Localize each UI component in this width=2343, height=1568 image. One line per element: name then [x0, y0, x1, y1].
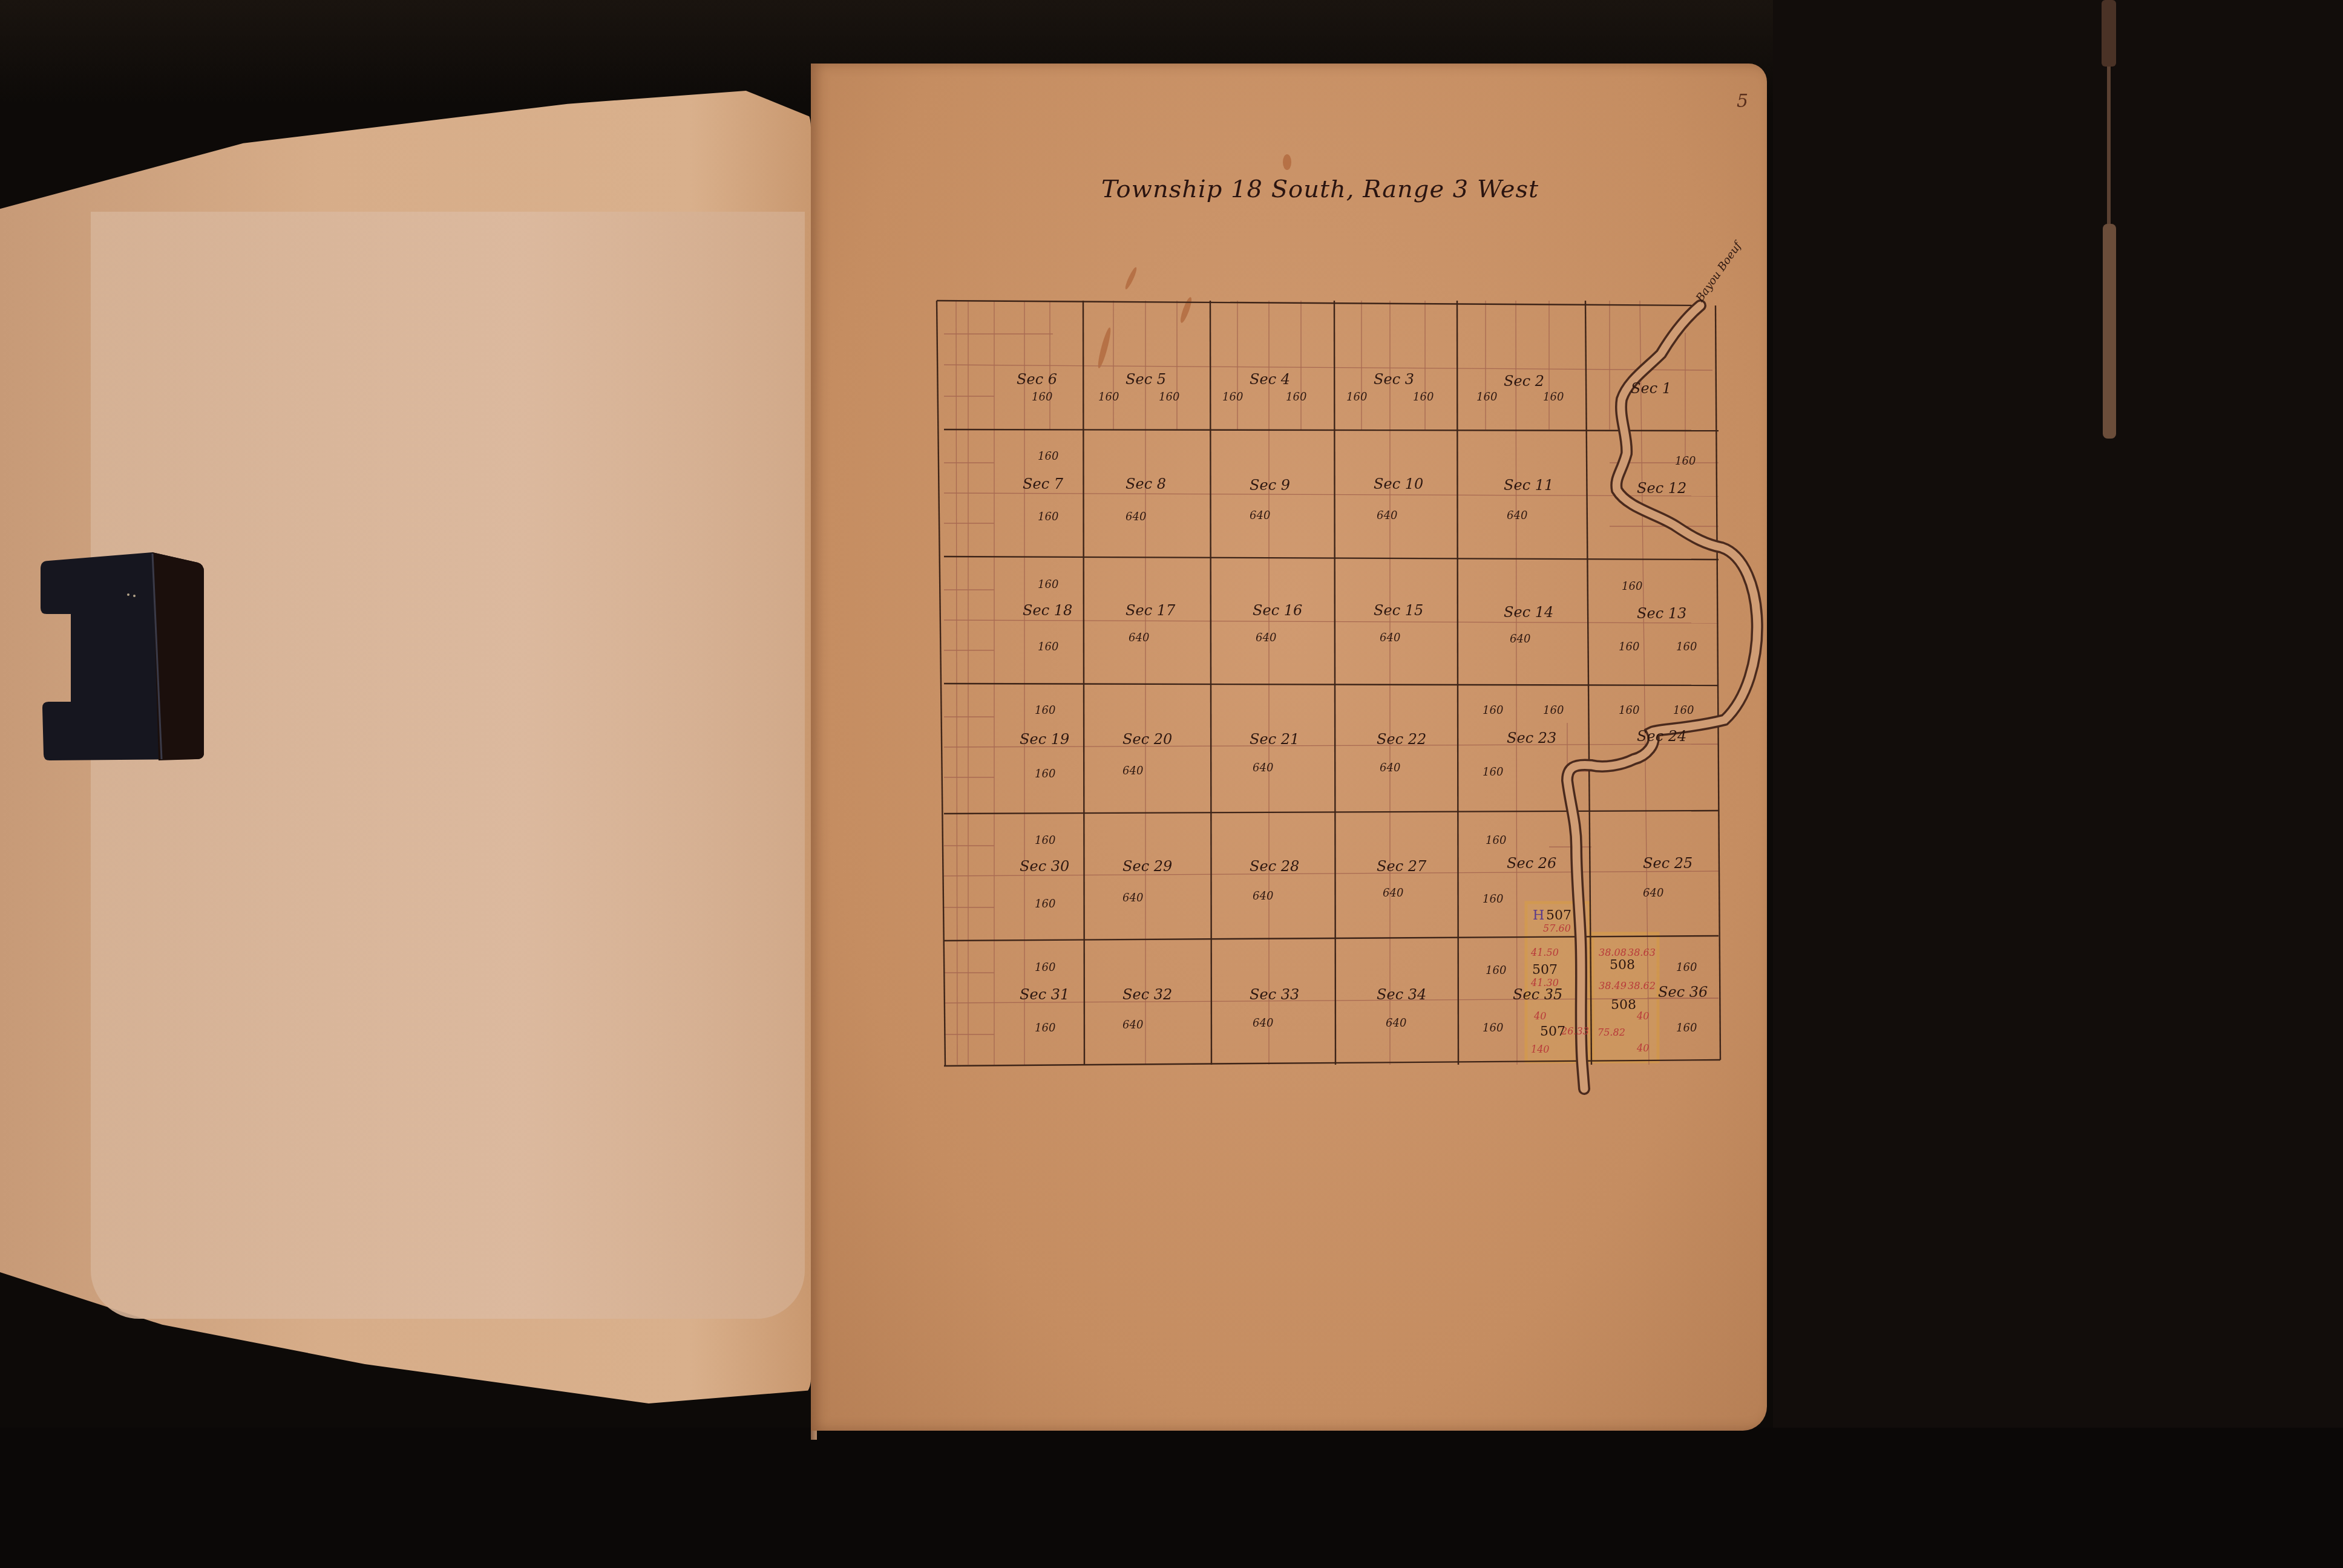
- section-label: Sec 7: [1023, 475, 1064, 492]
- acre-label: 160: [1032, 391, 1052, 403]
- background-right: [1773, 0, 2343, 1568]
- annotation-text: 508: [1610, 958, 1635, 973]
- section-label: Sec 35: [1513, 986, 1562, 1003]
- acre-label: 160: [1483, 766, 1503, 779]
- section-label: Sec 8: [1126, 475, 1166, 492]
- section-label: Sec 32: [1122, 986, 1172, 1003]
- section-label: Sec 6: [1017, 371, 1057, 388]
- acre-label: 160: [1413, 391, 1434, 403]
- acre-label: 640: [1122, 765, 1143, 777]
- book-weight-icon[interactable]: [38, 547, 204, 762]
- acre-label: 160: [1676, 961, 1697, 974]
- row-3: 160 Sec 18 160 Sec 17 640 Sec 16 640 Sec…: [1023, 578, 1697, 653]
- acre-label: 640: [1253, 762, 1273, 774]
- acre-label: 160: [1038, 450, 1058, 463]
- acre-label: 160: [1486, 964, 1506, 977]
- acre-label: 640: [1510, 633, 1530, 645]
- section-label: Sec 31: [1020, 986, 1069, 1003]
- section-label: Sec 15: [1374, 602, 1423, 619]
- acre-label: 160: [1038, 641, 1058, 653]
- annotation-text: 41.50: [1530, 947, 1559, 958]
- acre-label: 160: [1286, 391, 1306, 403]
- section-label: Sec 3: [1374, 371, 1414, 388]
- annotation-text: 38.49: [1599, 980, 1627, 991]
- acre-label: 640: [1122, 1019, 1143, 1031]
- annotation-text: 40: [1533, 1010, 1546, 1022]
- section-label: Sec 25: [1643, 855, 1693, 872]
- acre-label: 160: [1346, 391, 1367, 403]
- section-label: Sec 5: [1126, 371, 1166, 388]
- acre-label: 640: [1253, 890, 1273, 903]
- section-label: Sec 1: [1631, 380, 1671, 397]
- annotation-text: 140: [1531, 1044, 1550, 1055]
- annotation-text: 40: [1636, 1042, 1649, 1054]
- acre-label: 160: [1035, 961, 1055, 974]
- annotation-text: 38.08: [1599, 947, 1627, 958]
- acre-label: 640: [1122, 892, 1143, 904]
- annotation-text: 41.30: [1530, 977, 1559, 988]
- section-label: Sec 29: [1122, 858, 1172, 875]
- section-label: Sec 18: [1023, 602, 1072, 619]
- annotation-text: 507: [1546, 908, 1571, 923]
- acre-label: 160: [1673, 704, 1694, 717]
- section-label: Sec 33: [1250, 986, 1299, 1003]
- acre-label: 640: [1383, 887, 1403, 900]
- acre-label: 640: [1129, 632, 1149, 644]
- section-label: Sec 19: [1020, 731, 1069, 748]
- section-label: Sec 27: [1377, 858, 1427, 875]
- section-label: Sec 2: [1504, 373, 1544, 390]
- section-label: Sec 11: [1504, 477, 1553, 494]
- row-2: 160 Sec 7 160 Sec 8 640 Sec 9 640 Sec 10…: [1023, 450, 1696, 523]
- acre-label: 160: [1486, 834, 1506, 847]
- annotation-text: 38.63: [1628, 947, 1656, 958]
- acre-label: 640: [1126, 511, 1146, 523]
- acre-label: 160: [1622, 580, 1642, 593]
- acre-label: 160: [1619, 641, 1639, 653]
- annotation-text: 57.60: [1543, 923, 1571, 934]
- section-label: Sec 34: [1377, 986, 1426, 1003]
- section-label: Sec 10: [1374, 475, 1423, 492]
- annotation-text: 508: [1611, 998, 1636, 1013]
- acre-label: 160: [1483, 704, 1503, 717]
- acre-label: 640: [1386, 1017, 1406, 1030]
- acre-label: 640: [1380, 632, 1400, 644]
- spatula-tool-icon[interactable]: [2097, 0, 2121, 442]
- map-title: Township 18 South, Range 3 West: [1101, 175, 1539, 203]
- annotation-text: 40: [1636, 1010, 1649, 1022]
- section-label: Sec 26: [1507, 855, 1556, 872]
- township-plat-map: Bayou Boeuf Sec 6 160 Sec 5 160 160 Sec …: [920, 254, 1803, 1113]
- tissue-interleaf-sheet: [91, 212, 805, 1319]
- section-label: Sec 23: [1507, 730, 1556, 746]
- background-bottom: [0, 1428, 2343, 1568]
- section-label: Sec 16: [1253, 602, 1302, 619]
- acre-label: 160: [1035, 834, 1055, 847]
- annotation-text: 507: [1540, 1024, 1565, 1039]
- section-label: Sec 22: [1377, 731, 1426, 748]
- acre-label: 640: [1253, 1017, 1273, 1030]
- acre-label: 160: [1543, 391, 1564, 403]
- acre-label: 160: [1543, 704, 1564, 717]
- acre-label: 160: [1676, 641, 1697, 653]
- section-label: Sec 12: [1637, 480, 1686, 497]
- section-label: Sec 13: [1637, 605, 1686, 622]
- acre-label: 640: [1377, 509, 1397, 522]
- annotation-text: 507: [1532, 962, 1558, 978]
- acre-label: 640: [1507, 509, 1527, 522]
- section-label: Sec 21: [1250, 731, 1299, 748]
- acre-label: 160: [1038, 578, 1058, 591]
- acre-label: 160: [1476, 391, 1497, 403]
- acre-label: 160: [1676, 1022, 1697, 1034]
- section-label: Sec 9: [1250, 477, 1290, 494]
- row-1: Sec 6 160 Sec 5 160 160 Sec 4 160 160 Se…: [1017, 371, 1671, 403]
- acre-label: 640: [1380, 762, 1400, 774]
- acre-label: 160: [1619, 704, 1639, 717]
- acre-label: 160: [1038, 511, 1058, 523]
- acre-label: 160: [1675, 455, 1696, 468]
- annotation-text: H: [1533, 908, 1544, 923]
- page-number: 5: [1737, 91, 1748, 112]
- section-label: Sec 30: [1020, 858, 1069, 875]
- section-label: Sec 20: [1122, 731, 1172, 748]
- acre-label: 160: [1483, 1022, 1503, 1034]
- acre-label: 160: [1159, 391, 1179, 403]
- acre-label: 640: [1256, 632, 1276, 644]
- annotation-text: 38.62: [1628, 980, 1656, 991]
- annotation-text: 75.82: [1597, 1027, 1625, 1038]
- acre-label: 160: [1035, 704, 1055, 717]
- section-label: Sec 14: [1504, 604, 1553, 621]
- acre-label: 160: [1098, 391, 1119, 403]
- acre-label: 160: [1035, 898, 1055, 910]
- section-label: Sec 28: [1250, 858, 1299, 875]
- acre-label: 640: [1643, 887, 1663, 900]
- section-label: Sec 36: [1658, 984, 1708, 1001]
- section-label: Sec 4: [1250, 371, 1290, 388]
- acre-label: 160: [1222, 391, 1243, 403]
- acre-label: 160: [1035, 768, 1055, 780]
- row-5: 160 Sec 30 160 Sec 29 640 Sec 28 640 Sec…: [1020, 834, 1693, 910]
- acre-label: 160: [1483, 893, 1503, 906]
- acre-label: 640: [1250, 509, 1270, 522]
- section-label: Sec 24: [1637, 728, 1686, 745]
- ink-stain: [1283, 154, 1291, 170]
- acre-label: 160: [1035, 1022, 1055, 1034]
- section-label: Sec 17: [1126, 602, 1176, 619]
